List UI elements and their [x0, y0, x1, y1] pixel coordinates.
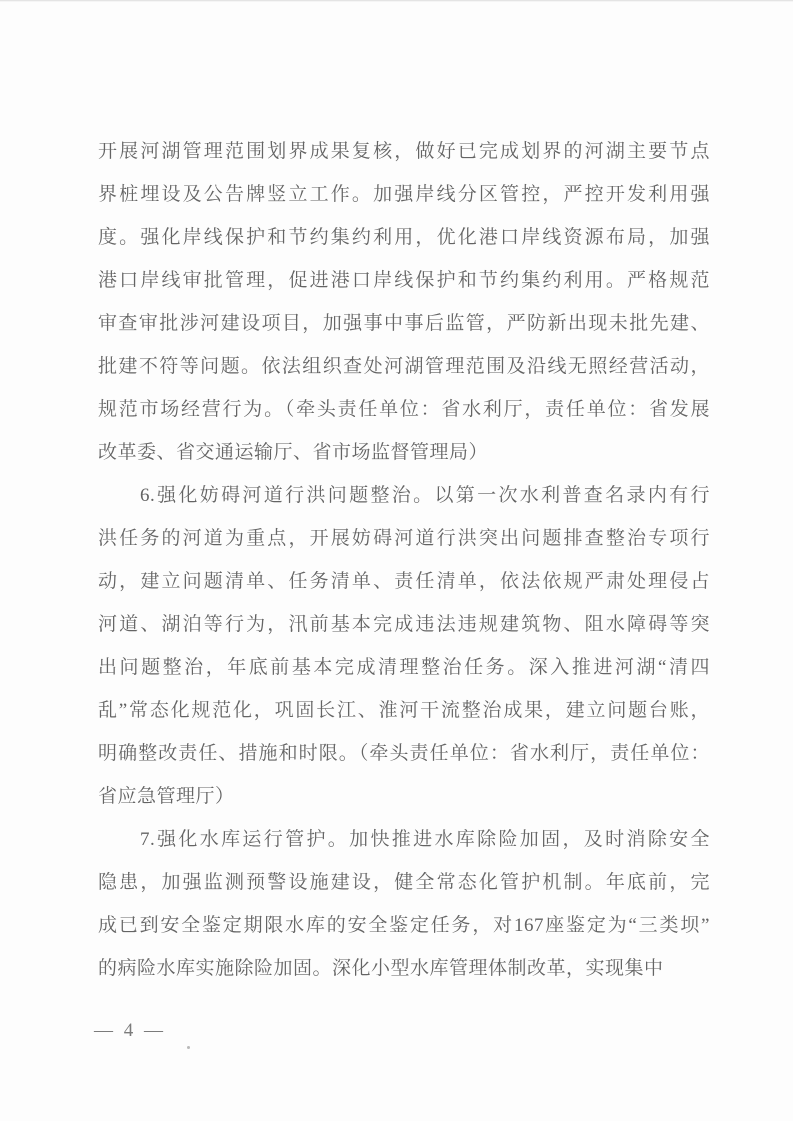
paragraph-item-7: 7.强化水库运行管护。加快推进水库除险加固，及时消除安全 隐患，加强监测预警设施…: [98, 818, 710, 990]
text-line: 明确整改责任、措施和时限。（牵头责任单位：省水利厅，责任单位：: [98, 732, 710, 775]
paragraph-item-6: 6.强化妨碍河道行洪问题整治。以第一次水利普查名录内有行 洪任务的河道为重点，开…: [98, 474, 710, 818]
document-page: 开展河湖管理范围划界成果复核，做好已完成划界的河湖主要节点 界桩埋设及公告牌竖立…: [0, 0, 793, 1121]
scan-edge-artifact: [0, 0, 793, 2]
paragraph-continuation: 开展河湖管理范围划界成果复核，做好已完成划界的河湖主要节点 界桩埋设及公告牌竖立…: [98, 130, 710, 474]
text-line: 省应急管理厅）: [98, 775, 710, 818]
text-line: 审查审批涉河建设项目，加强事中事后监管，严防新出现未批先建、: [98, 302, 710, 345]
text-line: 隐患，加强监测预警设施建设，健全常态化管护机制。年底前，完: [98, 861, 710, 904]
text-line: 河道、湖泊等行为，汛前基本完成违法违规建筑物、阻水障碍等突: [98, 603, 710, 646]
body-text: 开展河湖管理范围划界成果复核，做好已完成划界的河湖主要节点 界桩埋设及公告牌竖立…: [98, 130, 710, 990]
text-line: 度。强化岸线保护和节约集约利用，优化港口岸线资源布局，加强: [98, 216, 710, 259]
text-line: 成已到安全鉴定期限水库的安全鉴定任务，对167座鉴定为“三类坝”: [98, 904, 710, 947]
scan-speck-artifact: [187, 1046, 190, 1049]
text-line: 6.强化妨碍河道行洪问题整治。以第一次水利普查名录内有行: [98, 474, 710, 517]
text-line: 界桩埋设及公告牌竖立工作。加强岸线分区管控，严控开发利用强: [98, 173, 710, 216]
text-line: 港口岸线审批管理，促进港口岸线保护和节约集约利用。严格规范: [98, 259, 710, 302]
text-line: 规范市场经营行为。（牵头责任单位：省水利厅，责任单位：省发展: [98, 388, 710, 431]
text-line: 乱”常态化规范化，巩固长江、淮河干流整治成果，建立问题台账，: [98, 689, 710, 732]
text-line: 批建不符等问题。依法组织查处河湖管理范围及沿线无照经营活动，: [98, 345, 710, 388]
text-line: 出问题整治，年底前基本完成清理整治任务。深入推进河湖“清四: [98, 646, 710, 689]
text-line: 改革委、省交通运输厅、省市场监督管理局）: [98, 431, 710, 474]
text-line: 动，建立问题清单、任务清单、责任清单，依法依规严肃处理侵占: [98, 560, 710, 603]
page-number: — 4 —: [94, 1017, 166, 1045]
text-line: 7.强化水库运行管护。加快推进水库除险加固，及时消除安全: [98, 818, 710, 861]
text-line: 的病险水库实施除险加固。深化小型水库管理体制改革，实现集中: [98, 947, 710, 990]
text-line: 洪任务的河道为重点，开展妨碍河道行洪突出问题排查整治专项行: [98, 517, 710, 560]
text-line: 开展河湖管理范围划界成果复核，做好已完成划界的河湖主要节点: [98, 130, 710, 173]
